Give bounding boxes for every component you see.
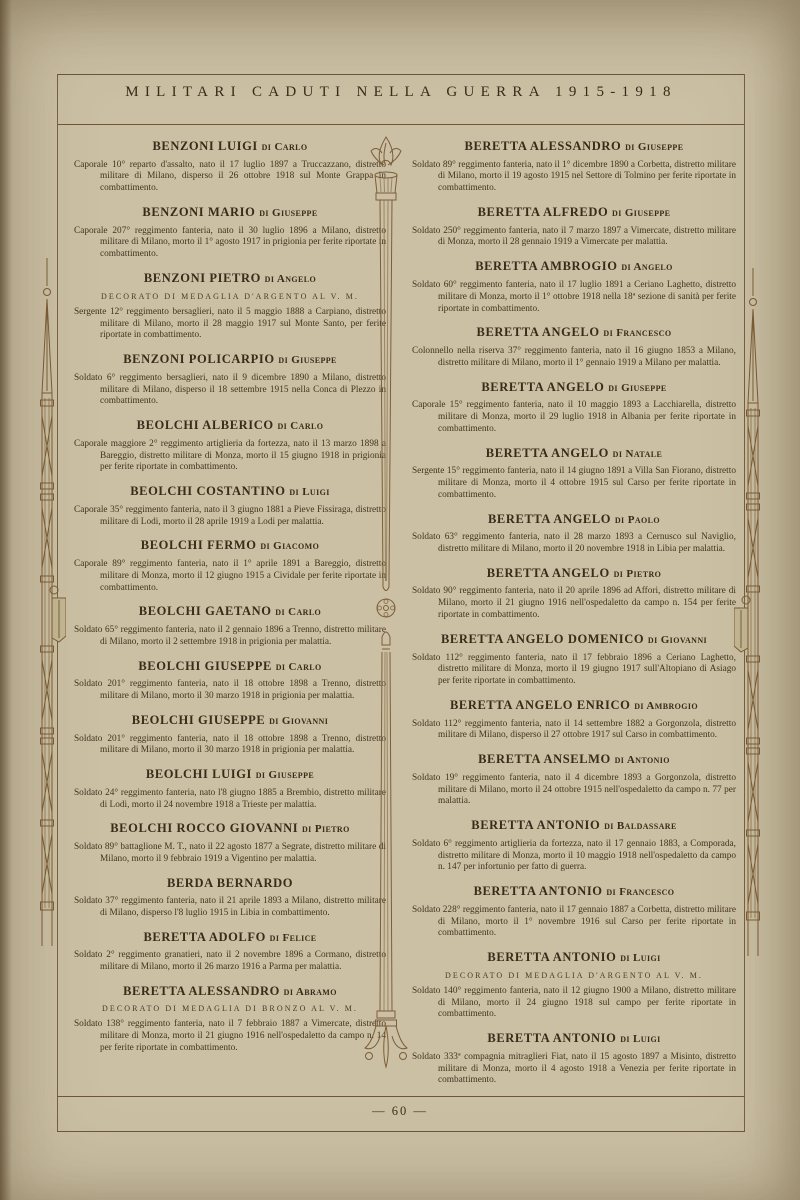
page-title: MILITARI CADUTI NELLA GUERRA 1915-1918 <box>57 84 745 101</box>
soldier-name-heading: BERETTA ANGELO di Pietro <box>412 566 736 581</box>
soldier-name-heading: BENZONI LUIGI di Carlo <box>74 139 386 154</box>
soldier-patronymic: di Carlo <box>275 606 321 618</box>
soldier-patronymic: di Giuseppe <box>608 382 666 394</box>
soldier-name: BERETTA ANTONIO <box>487 950 616 964</box>
soldier-name: BEOLCHI COSTANTINO <box>130 484 285 498</box>
soldier-patronymic: di Giuseppe <box>278 354 336 366</box>
soldier-name: BEOLCHI FERMO <box>141 538 257 552</box>
left-border-lance-icon <box>26 258 66 948</box>
soldier-patronymic: di Francesco <box>603 327 671 339</box>
soldier-name-heading: BERETTA ANGELO di Francesco <box>412 325 736 340</box>
soldier-entry: BERETTA ANSELMO di Antonio Soldato 19° r… <box>412 752 736 808</box>
header-rule-top <box>57 74 745 75</box>
soldier-name: BERETTA ANGELO <box>477 325 600 339</box>
medal-decoration-line: DECORATO DI MEDAGLIA DI BRONZO AL V. M. <box>74 1004 386 1013</box>
soldier-entry: BEOLCHI ROCCO GIOVANNI di Pietro Soldato… <box>74 821 386 865</box>
soldier-name-heading: BERETTA ALFREDO di Giuseppe <box>412 205 736 220</box>
soldier-name: BEOLCHI ALBERICO <box>137 418 274 432</box>
soldier-name-heading: BENZONI PIETRO di Angelo <box>74 271 386 286</box>
header-rule-bottom <box>57 124 745 125</box>
soldier-entry: BERETTA ANGELO di Natale Sergente 15° re… <box>412 446 736 502</box>
right-border-lance-icon <box>734 268 774 958</box>
soldier-entry: BERETTA ANTONIO di Luigi Soldato 333ª co… <box>412 1031 736 1087</box>
soldier-record-text: Caporale 15° reggimento fanteria, nato i… <box>412 400 736 435</box>
soldier-record-text: Soldato 89° battaglione M. T., nato il 2… <box>74 842 386 866</box>
soldier-record-text: Sergente 15° reggimento fanteria, nato i… <box>412 466 736 501</box>
soldier-patronymic: di Antonio <box>615 754 670 766</box>
soldier-entry: BERETTA ANGELO di Paolo Soldato 63° regg… <box>412 512 736 556</box>
soldier-patronymic: di Abramo <box>284 986 337 998</box>
soldier-patronymic: di Ambrogio <box>634 700 698 712</box>
soldier-name-heading: BERETTA ANGELO di Paolo <box>412 512 736 527</box>
soldier-entry: BERETTA AMBROGIO di Angelo Soldato 60° r… <box>412 259 736 315</box>
soldier-name-heading: BEOLCHI GIUSEPPE di Giovanni <box>74 713 386 728</box>
soldier-name: BERETTA ANGELO <box>487 566 610 580</box>
soldier-entry: BERETTA ANGELO DOMENICO di Giovanni Sold… <box>412 632 736 688</box>
soldier-patronymic: di Luigi <box>620 1033 660 1045</box>
right-column: BERETTA ALESSANDRO di Giuseppe Soldato 8… <box>412 139 736 1097</box>
soldier-entry: BERETTA ANTONIO di Francesco Soldato 228… <box>412 884 736 940</box>
soldier-record-text: Soldato 138° reggimento fanteria, nato i… <box>74 1019 386 1054</box>
soldier-record-text: Soldato 140° reggimento fanteria, nato i… <box>412 986 736 1021</box>
soldier-record-text: Soldato 89° reggimento fanteria, nato il… <box>412 160 736 195</box>
soldier-record-text: Caporale 207° reggimento fanteria, nato … <box>74 226 386 261</box>
soldier-record-text: Soldato 228° reggimento fanteria, nato i… <box>412 905 736 940</box>
soldier-patronymic: di Felice <box>270 932 317 944</box>
soldier-name: BERETTA ADOLFO <box>143 930 265 944</box>
soldier-name-heading: BERETTA ANGELO di Giuseppe <box>412 380 736 395</box>
soldier-patronymic: di Luigi <box>289 486 329 498</box>
soldier-name: BEOLCHI GIUSEPPE <box>132 713 266 727</box>
medal-decoration-line: DECORATO DI MEDAGLIA D'ARGENTO AL V. M. <box>74 292 386 301</box>
soldier-record-text: Soldato 37° reggimento fanteria, nato il… <box>74 896 386 920</box>
soldier-record-text: Caporale 35° reggimento fanteria, nato i… <box>74 505 386 529</box>
soldier-name-heading: BEOLCHI FERMO di Giacomo <box>74 538 386 553</box>
soldier-record-text: Sergente 12° reggimento bersaglieri, nat… <box>74 307 386 342</box>
soldier-name-heading: BERETTA ANGELO DOMENICO di Giovanni <box>412 632 736 647</box>
soldier-name: BEOLCHI GAETANO <box>139 604 272 618</box>
soldier-patronymic: di Luigi <box>620 952 660 964</box>
soldier-name-heading: BERETTA ANGELO di Natale <box>412 446 736 461</box>
soldier-name-heading: BERETTA ANGELO ENRICO di Ambrogio <box>412 698 736 713</box>
soldier-name-heading: BENZONI POLICARPIO di Giuseppe <box>74 352 386 367</box>
soldier-name-heading: BERETTA ALESSANDRO di Giuseppe <box>412 139 736 154</box>
soldier-patronymic: di Giuseppe <box>259 207 317 219</box>
soldier-name: BERETTA ANTONIO <box>471 818 600 832</box>
soldier-name: BENZONI PIETRO <box>144 271 261 285</box>
soldier-patronymic: di Carlo <box>277 420 323 432</box>
soldier-entry: BERETTA ANGELO di Francesco Colonnello n… <box>412 325 736 369</box>
soldier-name-heading: BEOLCHI GIUSEPPE di Carlo <box>74 659 386 674</box>
soldier-patronymic: di Carlo <box>262 141 308 153</box>
soldier-name-heading: BERETTA AMBROGIO di Angelo <box>412 259 736 274</box>
soldier-name-heading: BERETTA ANTONIO di Baldassare <box>412 818 736 833</box>
soldier-patronymic: di Angelo <box>621 261 672 273</box>
soldier-record-text: Caporale 89° reggimento fanteria, nato i… <box>74 559 386 594</box>
soldier-name: BERETTA ALESSANDRO <box>123 984 280 998</box>
soldier-record-text: Soldato 6° reggimento bersaglieri, nato … <box>74 373 386 408</box>
soldier-name: BEOLCHI GIUSEPPE <box>138 659 272 673</box>
soldier-entry: BEOLCHI ALBERICO di Carlo Caporale maggi… <box>74 418 386 474</box>
soldier-record-text: Soldato 2° reggimento granatieri, nato i… <box>74 950 386 974</box>
soldier-name: BERETTA ANSELMO <box>478 752 611 766</box>
soldier-entry: BERETTA ALESSANDRO di Giuseppe Soldato 8… <box>412 139 736 195</box>
soldier-name: BERETTA ANGELO <box>488 512 611 526</box>
soldier-name: BEOLCHI ROCCO GIOVANNI <box>110 821 298 835</box>
soldier-record-text: Soldato 24° reggimento fanteria, nato l'… <box>74 788 386 812</box>
soldier-entry: BEOLCHI GIUSEPPE di Giovanni Soldato 201… <box>74 713 386 757</box>
soldier-entry: BERETTA ALESSANDRO di Abramo DECORATO DI… <box>74 984 386 1055</box>
soldier-name: BERETTA ANTONIO <box>474 884 603 898</box>
soldier-patronymic: di Giovanni <box>648 634 707 646</box>
soldier-entry: BEOLCHI LUIGI di Giuseppe Soldato 24° re… <box>74 767 386 811</box>
soldier-patronymic: di Giuseppe <box>612 207 670 219</box>
book-gutter-shadow <box>0 0 12 1200</box>
soldier-entry: BENZONI POLICARPIO di Giuseppe Soldato 6… <box>74 352 386 408</box>
soldier-entry: BEOLCHI FERMO di Giacomo Caporale 89° re… <box>74 538 386 594</box>
soldier-name-heading: BERETTA ALESSANDRO di Abramo <box>74 984 386 999</box>
soldier-name: BERDA BERNARDO <box>167 876 293 890</box>
soldier-entry: BERETTA ANGELO di Giuseppe Caporale 15° … <box>412 380 736 436</box>
soldier-patronymic: di Giacomo <box>260 540 319 552</box>
soldier-name-heading: BENZONI MARIO di Giuseppe <box>74 205 386 220</box>
soldier-name-heading: BEOLCHI LUIGI di Giuseppe <box>74 767 386 782</box>
soldier-record-text: Soldato 90° reggimento fanteria, nato il… <box>412 586 736 621</box>
soldier-entry: BENZONI MARIO di Giuseppe Caporale 207° … <box>74 205 386 261</box>
soldier-record-text: Soldato 250° reggimento fanteria, nato i… <box>412 226 736 250</box>
soldier-record-text: Soldato 201° reggimento fanteria, nato i… <box>74 679 386 703</box>
soldier-record-text: Soldato 333ª compagnia mitraglieri Fiat,… <box>412 1052 736 1087</box>
soldier-name: BENZONI MARIO <box>142 205 255 219</box>
soldier-patronymic: di Pietro <box>614 568 662 580</box>
soldier-entry: BERDA BERNARDO Soldato 37° reggimento fa… <box>74 876 386 920</box>
soldier-entry: BERETTA ADOLFO di Felice Soldato 2° regg… <box>74 930 386 974</box>
soldier-entry: BENZONI PIETRO di Angelo DECORATO DI MED… <box>74 271 386 342</box>
soldier-patronymic: di Baldassare <box>604 820 677 832</box>
soldier-entry: BERETTA ANTONIO di Luigi DECORATO DI MED… <box>412 950 736 1021</box>
soldier-name-heading: BERETTA ANSELMO di Antonio <box>412 752 736 767</box>
soldier-name-heading: BERETTA ADOLFO di Felice <box>74 930 386 945</box>
soldier-name-heading: BERETTA ANTONIO di Luigi <box>412 950 736 965</box>
medal-decoration-line: DECORATO DI MEDAGLIA D'ARGENTO AL V. M. <box>412 971 736 980</box>
soldier-name-heading: BEOLCHI GAETANO di Carlo <box>74 604 386 619</box>
soldier-record-text: Soldato 201° reggimento fanteria, nato i… <box>74 734 386 758</box>
soldier-record-text: Soldato 112° reggimento fanteria, nato i… <box>412 653 736 688</box>
soldier-name: BERETTA ANGELO <box>481 380 604 394</box>
soldier-name: BERETTA ANGELO ENRICO <box>450 698 630 712</box>
soldier-entry: BERETTA ANGELO di Pietro Soldato 90° reg… <box>412 566 736 622</box>
soldier-name: BENZONI LUIGI <box>152 139 257 153</box>
soldier-record-text: Soldato 60° reggimento fanteria, nato il… <box>412 280 736 315</box>
left-column: BENZONI LUIGI di Carlo Caporale 10° repa… <box>74 139 386 1065</box>
soldier-name-heading: BERETTA ANTONIO di Francesco <box>412 884 736 899</box>
soldier-name-heading: BERETTA ANTONIO di Luigi <box>412 1031 736 1046</box>
soldier-name: BEOLCHI LUIGI <box>146 767 252 781</box>
soldier-record-text: Caporale 10° reparto d'assalto, nato il … <box>74 160 386 195</box>
soldier-record-text: Soldato 65° reggimento fanteria, nato il… <box>74 625 386 649</box>
soldier-name-heading: BEOLCHI ROCCO GIOVANNI di Pietro <box>74 821 386 836</box>
center-torch-divider-icon <box>363 131 409 1091</box>
soldier-name: BERETTA ALFREDO <box>478 205 609 219</box>
page-number: — 60 — <box>0 1104 800 1119</box>
soldier-name-heading: BERDA BERNARDO <box>74 876 386 890</box>
soldier-record-text: Caporale maggiore 2° reggimento artiglie… <box>74 439 386 474</box>
soldier-name: BENZONI POLICARPIO <box>123 352 274 366</box>
soldier-entry: BEOLCHI GIUSEPPE di Carlo Soldato 201° r… <box>74 659 386 703</box>
soldier-patronymic: di Pietro <box>302 823 350 835</box>
soldier-patronymic: di Carlo <box>276 661 322 673</box>
soldier-name: BERETTA ANGELO <box>486 446 609 460</box>
soldier-entry: BERETTA ALFREDO di Giuseppe Soldato 250°… <box>412 205 736 249</box>
soldier-entry: BENZONI LUIGI di Carlo Caporale 10° repa… <box>74 139 386 195</box>
soldier-patronymic: di Giovanni <box>269 715 328 727</box>
soldier-name-heading: BEOLCHI ALBERICO di Carlo <box>74 418 386 433</box>
soldier-name: BERETTA AMBROGIO <box>475 259 617 273</box>
soldier-name-heading: BEOLCHI COSTANTINO di Luigi <box>74 484 386 499</box>
soldier-entry: BERETTA ANTONIO di Baldassare Soldato 6°… <box>412 818 736 874</box>
soldier-patronymic: di Francesco <box>606 886 674 898</box>
soldier-entry: BEOLCHI GAETANO di Carlo Soldato 65° reg… <box>74 604 386 648</box>
soldier-name: BERETTA ANTONIO <box>487 1031 616 1045</box>
footer-rule-bottom <box>57 1131 745 1132</box>
soldier-record-text: Soldato 6° reggimento artiglieria da for… <box>412 839 736 874</box>
soldier-patronymic: di Natale <box>613 448 663 460</box>
soldier-entry: BERETTA ANGELO ENRICO di Ambrogio Soldat… <box>412 698 736 742</box>
soldier-record-text: Soldato 19° reggimento fanteria, nato il… <box>412 773 736 808</box>
soldier-patronymic: di Giuseppe <box>256 769 314 781</box>
soldier-patronymic: di Giuseppe <box>625 141 683 153</box>
soldier-record-text: Soldato 112° reggimento fanteria, nato i… <box>412 719 736 743</box>
soldier-entry: BEOLCHI COSTANTINO di Luigi Caporale 35°… <box>74 484 386 528</box>
soldier-patronymic: di Paolo <box>615 514 660 526</box>
soldier-patronymic: di Angelo <box>265 273 316 285</box>
soldier-record-text: Colonnello nella riserva 37° reggimento … <box>412 346 736 370</box>
soldier-record-text: Soldato 63° reggimento fanteria, nato il… <box>412 532 736 556</box>
soldier-name: BERETTA ALESSANDRO <box>465 139 622 153</box>
soldier-name: BERETTA ANGELO DOMENICO <box>441 632 644 646</box>
